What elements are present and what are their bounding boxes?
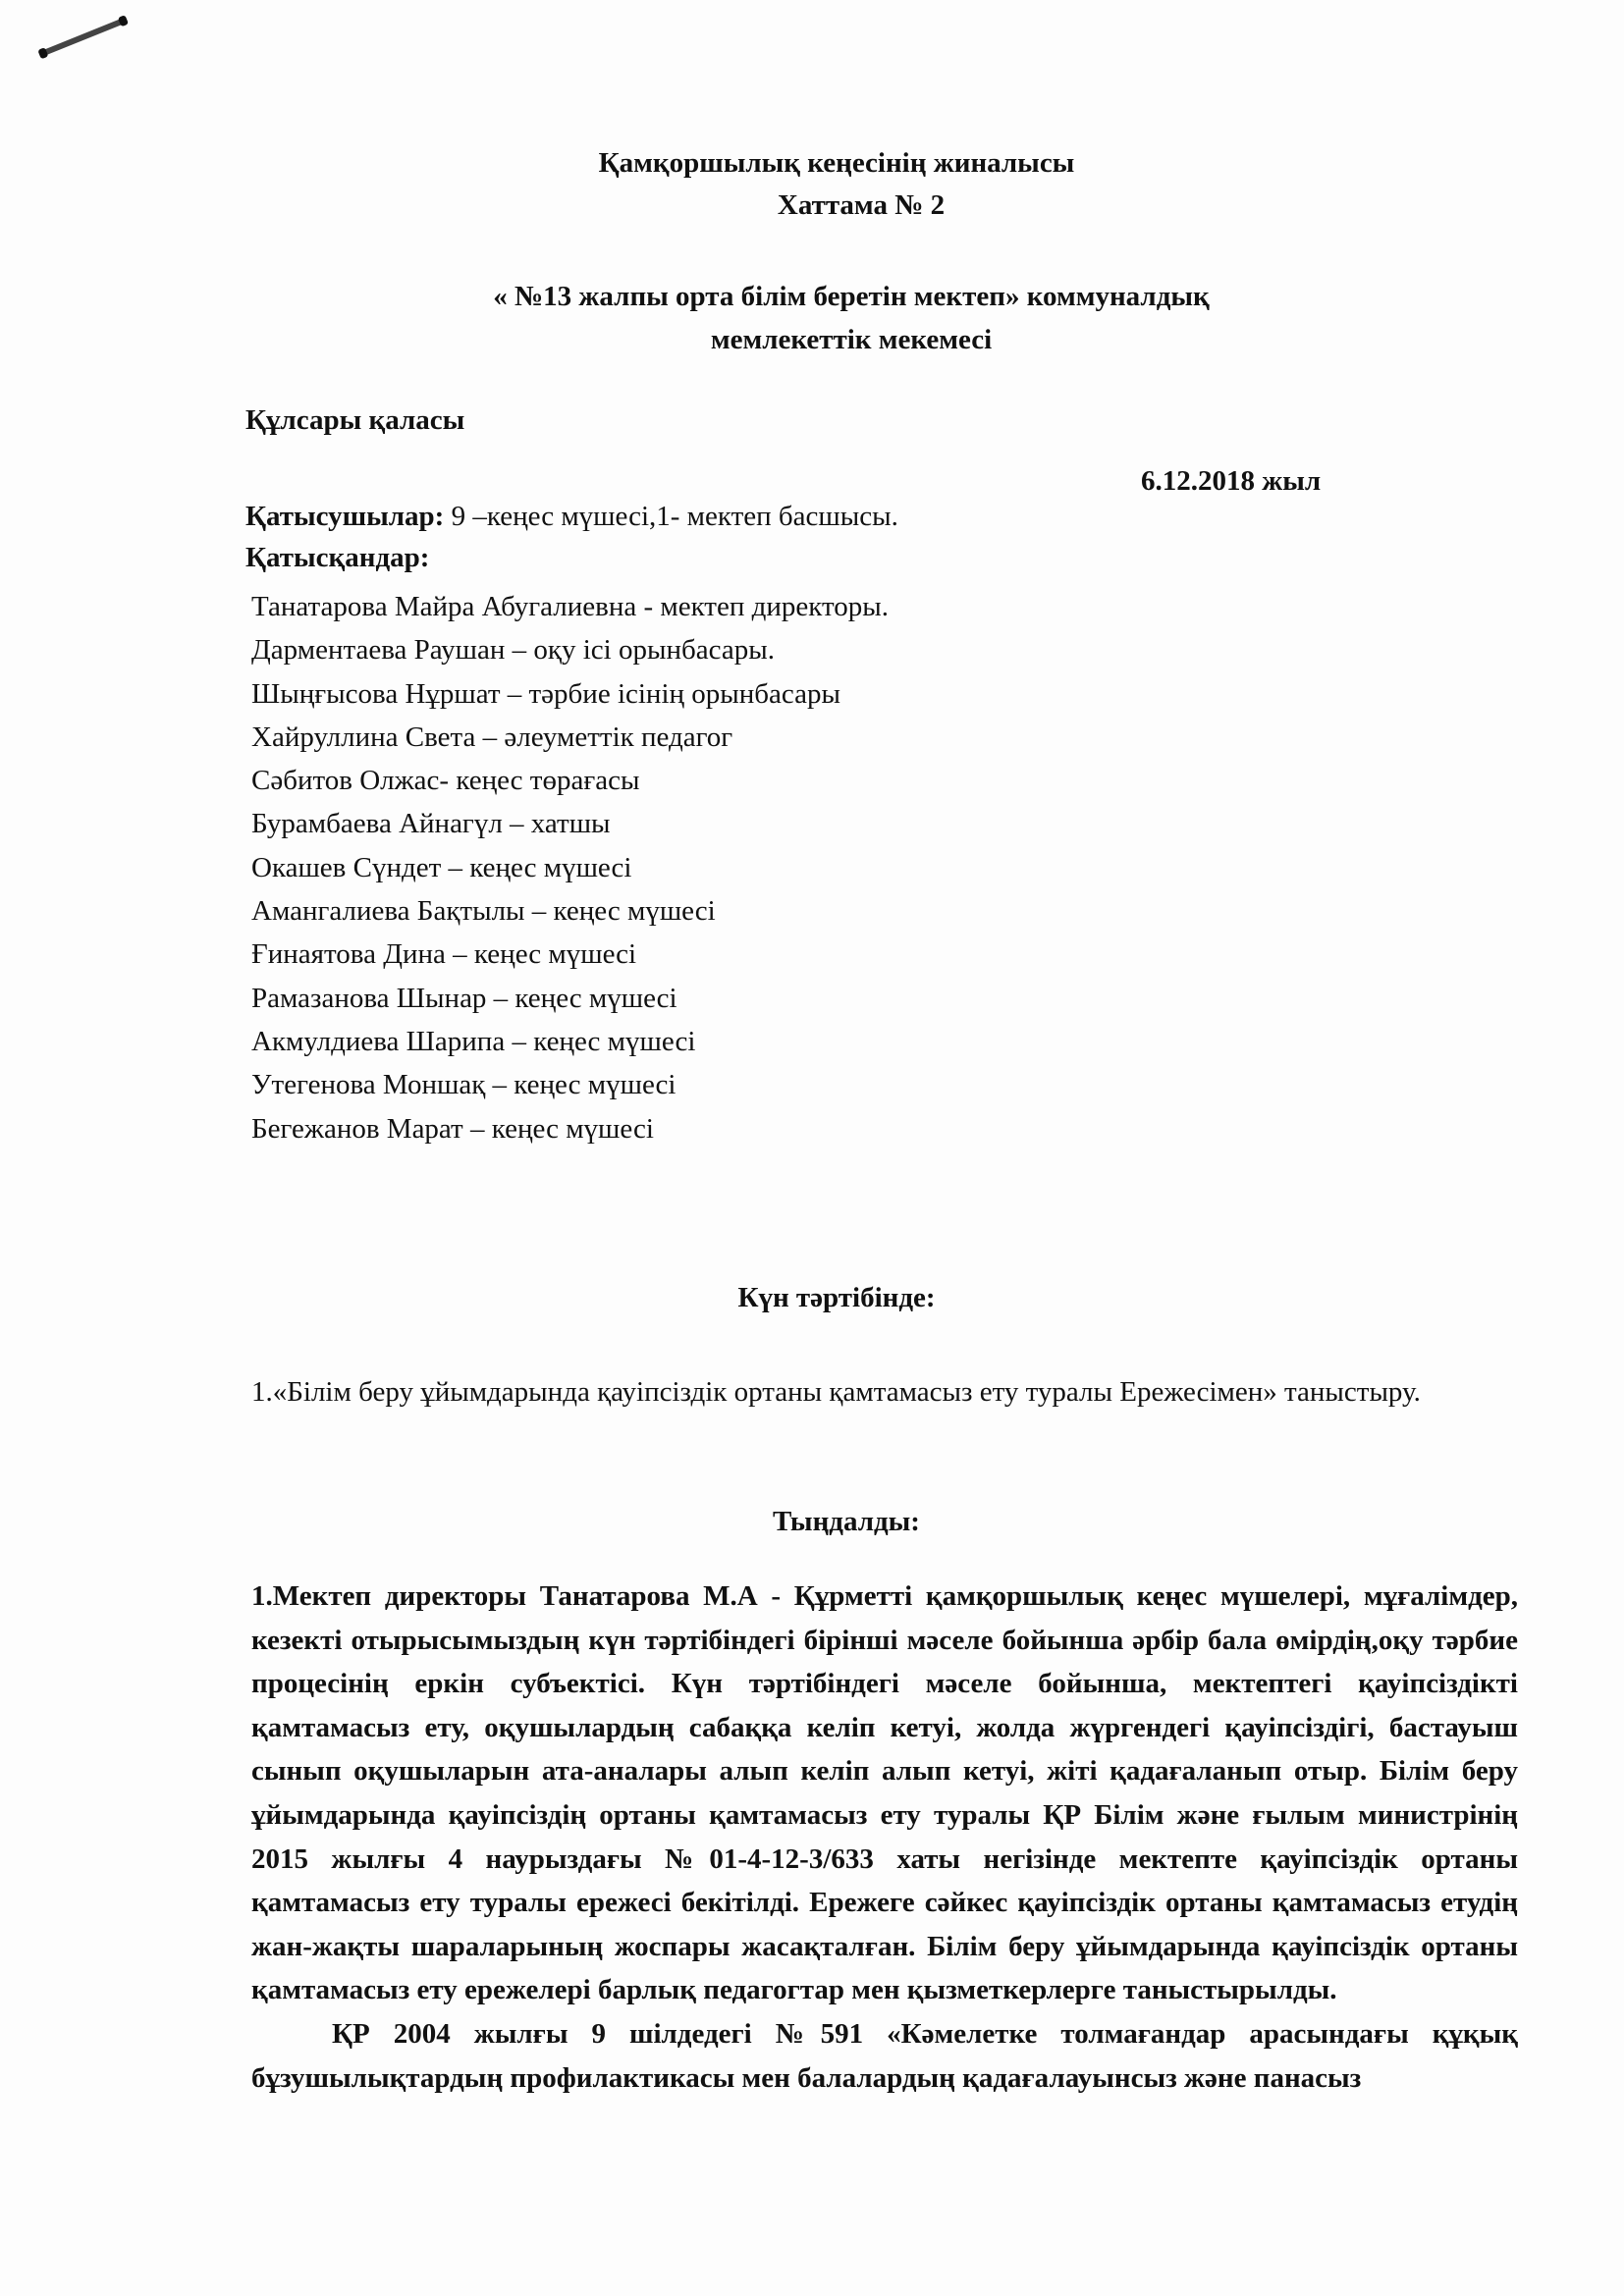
speaker-label: 1.Мектеп директоры Танатарова М.А - [251,1580,794,1612]
heard-heading: Тыңдалды: [0,1506,1624,1538]
participants-line: Қатысушылар: 9 –кеңес мүшесі,1- мектеп б… [245,501,898,533]
city-label: Құлсары қаласы [245,404,464,437]
agenda-heading: Күн тәртібінде: [0,1282,1624,1314]
institution-name: « №13 жалпы орта білім беретін мектеп» к… [0,281,1624,313]
list-item: Хайруллина Света – әлеуметтік педагог [251,716,889,759]
participants-value: 9 –кеңес мүшесі,1- мектеп басшысы. [444,501,898,532]
heard-body: 1.Мектеп директоры Танатарова М.А - Құрм… [251,1575,1518,2100]
paragraph: ҚР 2004 жылғы 9 шілдедегі №591 «Кәмелетк… [251,2012,1518,2100]
document-date: 6.12.2018 жыл [1141,465,1321,498]
list-item: Ғинаятова Дина – кеңес мүшесі [251,933,889,976]
paragraph: 1.Мектеп директоры Танатарова М.А - Құрм… [251,1575,1518,2012]
institution-name-cont: мемлекеттік мекемесі [0,324,1624,356]
participants-label: Қатысушылар: [245,501,444,532]
attended-label: Қатысқандар: [245,542,429,574]
protocol-number: Хаттама № 2 [0,189,1624,222]
list-item: Сәбитов Олжас- кеңес төрағасы [251,759,889,802]
document-title: Қамқоршылық кеңесінің жиналысы [0,147,1624,180]
list-item: Утегенова Моншақ – кеңес мүшесі [251,1063,889,1106]
list-item: Амангалиева Бақтылы – кеңес мүшесі [251,889,889,933]
staple-mark [40,18,127,57]
list-item: Бегежанов Марат – кеңес мүшесі [251,1107,889,1150]
attendees-list: Танатарова Майра Абугалиевна - мектеп ди… [251,585,889,1150]
paragraph-text: Құрметті қамқоршылық кеңес мүшелері, мұғ… [251,1580,1518,2005]
list-item: Акмулдиева Шарипа – кеңес мүшесі [251,1020,889,1063]
list-item: Дарментаева Раушан – оқу ісі орынбасары. [251,628,889,671]
list-item: Бурамбаева Айнагүл – хатшы [251,802,889,845]
list-item: Рамазанова Шынар – кеңес мүшесі [251,977,889,1020]
agenda-item: 1.«Білім беру ұйымдарында қауіпсіздік ор… [251,1370,1518,1414]
list-item: Шыңғысова Нұршат – тәрбие ісінің орынбас… [251,672,889,716]
list-item: Танатарова Майра Абугалиевна - мектеп ди… [251,585,889,628]
list-item: Окашев Сүндет – кеңес мүшесі [251,846,889,889]
